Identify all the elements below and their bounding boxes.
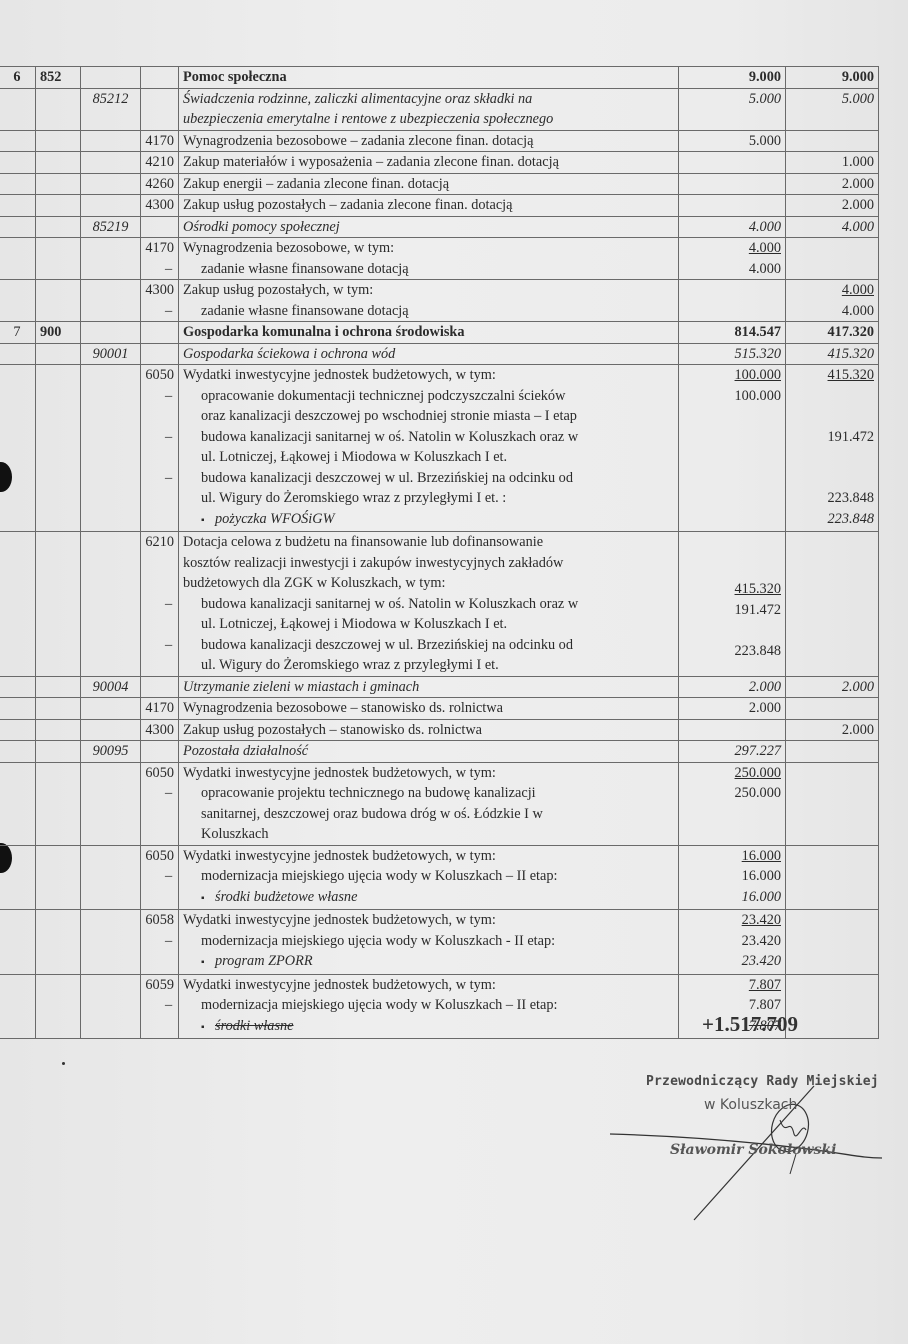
rozdzial-cell: 85212 xyxy=(81,88,141,130)
paragraph-row: 4300 Zakup usług pozostałych – stanowisk… xyxy=(0,719,879,741)
chapter-title: Gospodarka ściekowa i ochrona wód xyxy=(179,343,679,365)
chapter-title: Utrzymanie zieleni w miastach i gminach xyxy=(179,676,679,698)
amount-col1: 5.000 xyxy=(679,88,786,130)
paragraph-row: 6050 Wydatki inwestycyjne jednostek budż… xyxy=(0,762,879,845)
paragraph-row: 4300 Zakup usług pozostałych, w tym: zad… xyxy=(0,280,879,322)
grand-total: +1.517.709 xyxy=(702,1012,798,1037)
section-row: 7 900 Gospodarka komunalna i ochrona śro… xyxy=(0,322,879,344)
item-description: Zakup usług pozostałych – zadania zlecon… xyxy=(179,195,679,217)
paragraf-cell: 4260 xyxy=(141,173,179,195)
amount-col2 xyxy=(786,910,879,975)
amount-col2: 2.000 xyxy=(786,676,879,698)
amount-col1: 4.000 4.000 xyxy=(679,238,786,280)
paragraf-cell: 6058 xyxy=(141,910,179,975)
scan-speck xyxy=(62,1062,65,1065)
amount-col1: 16.000 16.000 16.000 xyxy=(679,845,786,910)
section-row: 6 852 Pomoc społeczna 9.000 9.000 xyxy=(0,67,879,89)
paragraf-cell: 6050 xyxy=(141,762,179,845)
item-description: Wynagrodzenia bezosobowe – stanowisko ds… xyxy=(179,698,679,720)
rozdzial-cell: 90004 xyxy=(81,676,141,698)
item-description: Wydatki inwestycyjne jednostek budżetowy… xyxy=(179,762,679,845)
amount-col1 xyxy=(679,719,786,741)
chapter-row: 90095 Pozostała działalność 297.227 xyxy=(0,741,879,763)
rozdzial-cell: 85219 xyxy=(81,216,141,238)
amount-col2: 2.000 xyxy=(786,195,879,217)
item-description: Zakup materiałów i wyposażenia – zadania… xyxy=(179,152,679,174)
paragraf-cell: 6210 xyxy=(141,532,179,677)
item-description: Zakup energii – zadania zlecone finan. d… xyxy=(179,173,679,195)
rozdzial-cell: 90001 xyxy=(81,343,141,365)
item-description: Wydatki inwestycyjne jednostek budżetowy… xyxy=(179,910,679,975)
stamp-title: Przewodniczący Rady Miejskiej xyxy=(646,1074,879,1089)
item-description: Wynagrodzenia bezosobowe, w tym: zadanie… xyxy=(179,238,679,280)
item-description: Wynagrodzenia bezosobowe – zadania zleco… xyxy=(179,130,679,152)
amount-col2: 1.000 xyxy=(786,152,879,174)
paragraph-row: 4170 Wynagrodzenia bezosobowe, w tym: za… xyxy=(0,238,879,280)
amount-col1: 23.420 23.420 23.420 xyxy=(679,910,786,975)
lp-cell: 7 xyxy=(0,322,36,344)
amount-col2: 9.000 xyxy=(786,67,879,89)
dzial-cell: 852 xyxy=(36,67,81,89)
chapter-title: Świadczenia rodzinne, zaliczki alimentac… xyxy=(179,88,679,130)
amount-col1: 2.000 xyxy=(679,676,786,698)
paragraf-cell: 4170 xyxy=(141,130,179,152)
item-description: Wydatki inwestycyjne jednostek budżetowy… xyxy=(179,365,679,532)
paragraph-row: 4170 Wynagrodzenia bezosobowe – zadania … xyxy=(0,130,879,152)
amount-col1: 250.000 250.000 xyxy=(679,762,786,845)
section-title: Pomoc społeczna xyxy=(179,67,679,89)
amount-col2: 2.000 xyxy=(786,173,879,195)
chapter-row: 90001 Gospodarka ściekowa i ochrona wód … xyxy=(0,343,879,365)
amount-col2: 415.320 xyxy=(786,343,879,365)
budget-table: 6 852 Pomoc społeczna 9.000 9.000 85212 … xyxy=(0,66,879,1039)
chapter-title: Ośrodki pomocy społecznej xyxy=(179,216,679,238)
amount-col1 xyxy=(679,152,786,174)
amount-col1 xyxy=(679,195,786,217)
amount-col1: 415.320 191.472 223.848 xyxy=(679,532,786,677)
amount-col1: 5.000 xyxy=(679,130,786,152)
stamp-signatory: Sławomir Sokołowski xyxy=(670,1142,837,1158)
paragraph-row: 6210 Dotacja celowa z budżetu na finanso… xyxy=(0,532,879,677)
amount-col2 xyxy=(786,741,879,763)
item-description: Zakup usług pozostałych – stanowisko ds.… xyxy=(179,719,679,741)
paragraph-row: 6050 Wydatki inwestycyjne jednostek budż… xyxy=(0,365,879,532)
chapter-row: 85219 Ośrodki pomocy społecznej 4.000 4.… xyxy=(0,216,879,238)
chapter-row: 85212 Świadczenia rodzinne, zaliczki ali… xyxy=(0,88,879,130)
section-title: Gospodarka komunalna i ochrona środowisk… xyxy=(179,322,679,344)
amount-col1: 297.227 xyxy=(679,741,786,763)
amount-col1 xyxy=(679,173,786,195)
amount-col1: 814.547 xyxy=(679,322,786,344)
chapter-row: 90004 Utrzymanie zieleni w miastach i gm… xyxy=(0,676,879,698)
amount-col1: 515.320 xyxy=(679,343,786,365)
paragraph-row: 4170 Wynagrodzenia bezosobowe – stanowis… xyxy=(0,698,879,720)
paragraf-cell: 4300 xyxy=(141,280,179,322)
chapter-title: Pozostała działalność xyxy=(179,741,679,763)
amount-col1: 100.000 100.000 xyxy=(679,365,786,532)
amount-col1: 4.000 xyxy=(679,216,786,238)
paragraf-cell: 4170 xyxy=(141,238,179,280)
signature-stamp: Przewodniczący Rady Miejskiej w Koluszka… xyxy=(630,1070,900,1230)
amount-col2: 4.000 xyxy=(786,216,879,238)
paragraph-row: 4210 Zakup materiałów i wyposażenia – za… xyxy=(0,152,879,174)
dzial-cell: 900 xyxy=(36,322,81,344)
item-description: Wydatki inwestycyjne jednostek budżetowy… xyxy=(179,845,679,910)
item-description: Dotacja celowa z budżetu na finansowanie… xyxy=(179,532,679,677)
item-description: Wydatki inwestycyjne jednostek budżetowy… xyxy=(179,974,679,1039)
amount-col2 xyxy=(786,238,879,280)
rozdzial-cell: 90095 xyxy=(81,741,141,763)
amount-col1 xyxy=(679,280,786,322)
amount-col2 xyxy=(786,845,879,910)
amount-col2: 5.000 xyxy=(786,88,879,130)
amount-col2: 415.320 191.472 223.848 223.848 xyxy=(786,365,879,532)
amount-col2 xyxy=(786,762,879,845)
paragraf-cell: 6059 xyxy=(141,974,179,1039)
paragraf-cell: 4300 xyxy=(141,195,179,217)
paragraf-cell: 4300 xyxy=(141,719,179,741)
paragraf-cell: 4210 xyxy=(141,152,179,174)
item-description: Zakup usług pozostałych, w tym: zadanie … xyxy=(179,280,679,322)
amount-col2 xyxy=(786,974,879,1039)
paragraf-cell: 6050 xyxy=(141,845,179,910)
paragraf-cell: 6050 xyxy=(141,365,179,532)
amount-col2: 2.000 xyxy=(786,719,879,741)
amount-col1: 2.000 xyxy=(679,698,786,720)
paragraph-row: 6050 Wydatki inwestycyjne jednostek budż… xyxy=(0,845,879,910)
paragraph-row: 4260 Zakup energii – zadania zlecone fin… xyxy=(0,173,879,195)
paragraph-row: 6058 Wydatki inwestycyjne jednostek budż… xyxy=(0,910,879,975)
stamp-location: w Koluszkach xyxy=(704,1097,797,1113)
amount-col1: 9.000 xyxy=(679,67,786,89)
paragraph-row: 4300 Zakup usług pozostałych – zadania z… xyxy=(0,195,879,217)
amount-col2 xyxy=(786,698,879,720)
paragraf-cell: 4170 xyxy=(141,698,179,720)
lp-cell: 6 xyxy=(0,67,36,89)
amount-col2: 417.320 xyxy=(786,322,879,344)
amount-col2: 4.000 4.000 xyxy=(786,280,879,322)
amount-col2 xyxy=(786,532,879,677)
amount-col2 xyxy=(786,130,879,152)
